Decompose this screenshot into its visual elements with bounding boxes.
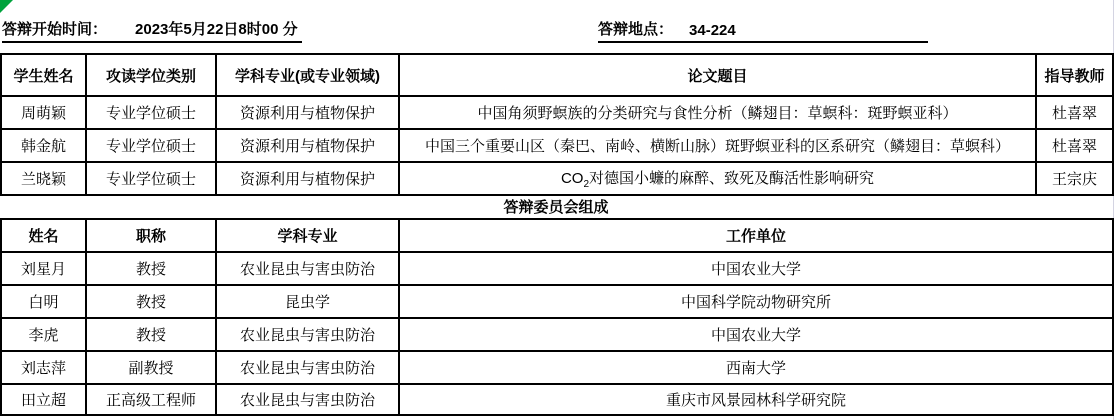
cell-member-name[interactable]: 李虎: [1, 318, 86, 351]
committee-row: 刘志萍 副教授 农业昆虫与害虫防治 西南大学: [1, 351, 1113, 384]
cell-member-title[interactable]: 副教授: [86, 351, 216, 384]
cell-member-title[interactable]: 教授: [86, 318, 216, 351]
cell-degree-type[interactable]: 专业学位硕士: [86, 96, 216, 129]
cell-major[interactable]: 资源利用与植物保护: [216, 129, 399, 162]
cell-student-name[interactable]: 韩金航: [1, 129, 86, 162]
student-row: 韩金航 专业学位硕士 资源利用与植物保护 中国三个重要山区（秦巴、南岭、横断山脉…: [1, 129, 1113, 162]
col-header-advisor[interactable]: 指导教师: [1036, 54, 1113, 96]
cell-degree-type[interactable]: 专业学位硕士: [86, 129, 216, 162]
col-header-major[interactable]: 学科专业(或专业领域): [216, 54, 399, 96]
col-header-thesis-title[interactable]: 论文题目: [399, 54, 1036, 96]
committee-row: 白明 教授 昆虫学 中国科学院动物研究所: [1, 285, 1113, 318]
cell-advisor[interactable]: 杜喜翠: [1036, 96, 1113, 129]
cell-major[interactable]: 资源利用与植物保护: [216, 96, 399, 129]
cell-member-major[interactable]: 农业昆虫与害虫防治: [216, 351, 399, 384]
cell-member-org[interactable]: 西南大学: [399, 351, 1113, 384]
cell-thesis-title[interactable]: CO2对德国小蠊的麻醉、致死及酶活性影响研究: [399, 162, 1036, 195]
defense-start-time-label: 答辩开始时间：: [2, 18, 107, 39]
cell-member-org[interactable]: 中国科学院动物研究所: [399, 285, 1113, 318]
cell-member-name[interactable]: 白明: [1, 285, 86, 318]
cell-thesis-title[interactable]: 中国角须野螟族的分类研究与食性分析（鳞翅目：草螟科：斑野螟亚科）: [399, 96, 1036, 129]
col-header-committee-major[interactable]: 学科专业: [216, 219, 399, 252]
cell-student-name[interactable]: 周萌颖: [1, 96, 86, 129]
cell-member-org[interactable]: 中国农业大学: [399, 252, 1113, 285]
cell-member-major[interactable]: 农业昆虫与害虫防治: [216, 252, 399, 285]
cell-member-org[interactable]: 重庆市风景园林科学研究院: [399, 384, 1113, 415]
thesis-title-rest: 对德国小蠊的麻醉、致死及酶活性影响研究: [589, 170, 874, 187]
cell-member-name[interactable]: 刘志萍: [1, 351, 86, 384]
defense-start-time-value: 2023年5月22日8时00 分: [135, 18, 298, 39]
cell-member-major[interactable]: 农业昆虫与害虫防治: [216, 318, 399, 351]
cell-major[interactable]: 资源利用与植物保护: [216, 162, 399, 195]
student-row: 周萌颖 专业学位硕士 资源利用与植物保护 中国角须野螟族的分类研究与食性分析（鳞…: [1, 96, 1113, 129]
col-header-title[interactable]: 职称: [86, 219, 216, 252]
defense-location-field[interactable]: 答辩地点： 34-224: [598, 10, 928, 43]
committee-row: 田立超 正高级工程师 农业昆虫与害虫防治 重庆市风景园林科学研究院: [1, 384, 1113, 415]
committee-row: 刘星月 教授 农业昆虫与害虫防治 中国农业大学: [1, 252, 1113, 285]
cell-member-name[interactable]: 刘星月: [1, 252, 86, 285]
defense-start-time-field[interactable]: 答辩开始时间： 2023年5月22日8时00 分: [2, 10, 302, 43]
students-header-row: 学生姓名 攻读学位类别 学科专业(或专业领域) 论文题目 指导教师: [1, 54, 1113, 96]
col-header-degree-type[interactable]: 攻读学位类别: [86, 54, 216, 96]
students-table: 学生姓名 攻读学位类别 学科专业(或专业领域) 论文题目 指导教师 周萌颖 专业…: [0, 53, 1114, 196]
thesis-formula-prefix: CO: [561, 170, 584, 187]
cell-member-major[interactable]: 昆虫学: [216, 285, 399, 318]
defense-location-value: 34-224: [689, 22, 736, 39]
defense-location-label: 答辩地点：: [598, 18, 673, 39]
cell-member-name[interactable]: 田立超: [1, 384, 86, 415]
student-row: 兰晓颖 专业学位硕士 资源利用与植物保护 CO2对德国小蠊的麻醉、致死及酶活性影…: [1, 162, 1113, 195]
col-header-work-unit[interactable]: 工作单位: [399, 219, 1113, 252]
cell-member-org[interactable]: 中国农业大学: [399, 318, 1113, 351]
cell-member-title[interactable]: 教授: [86, 285, 216, 318]
cell-advisor[interactable]: 杜喜翠: [1036, 129, 1113, 162]
cell-student-name[interactable]: 兰晓颖: [1, 162, 86, 195]
cell-member-title[interactable]: 正高级工程师: [86, 384, 216, 415]
cell-member-major[interactable]: 农业昆虫与害虫防治: [216, 384, 399, 415]
cell-degree-type[interactable]: 专业学位硕士: [86, 162, 216, 195]
cell-advisor[interactable]: 王宗庆: [1036, 162, 1113, 195]
col-header-student-name[interactable]: 学生姓名: [1, 54, 86, 96]
cell-member-title[interactable]: 教授: [86, 252, 216, 285]
committee-header-row: 姓名 职称 学科专业 工作单位: [1, 219, 1113, 252]
committee-table: 姓名 职称 学科专业 工作单位 刘星月 教授 农业昆虫与害虫防治 中国农业大学 …: [0, 218, 1114, 416]
committee-section-title: 答辩委员会组成: [0, 194, 1112, 218]
cell-thesis-title[interactable]: 中国三个重要山区（秦巴、南岭、横断山脉）斑野螟亚科的区系研究（鳞翅目：草螟科）: [399, 129, 1036, 162]
committee-row: 李虎 教授 农业昆虫与害虫防治 中国农业大学: [1, 318, 1113, 351]
col-header-name[interactable]: 姓名: [1, 219, 86, 252]
